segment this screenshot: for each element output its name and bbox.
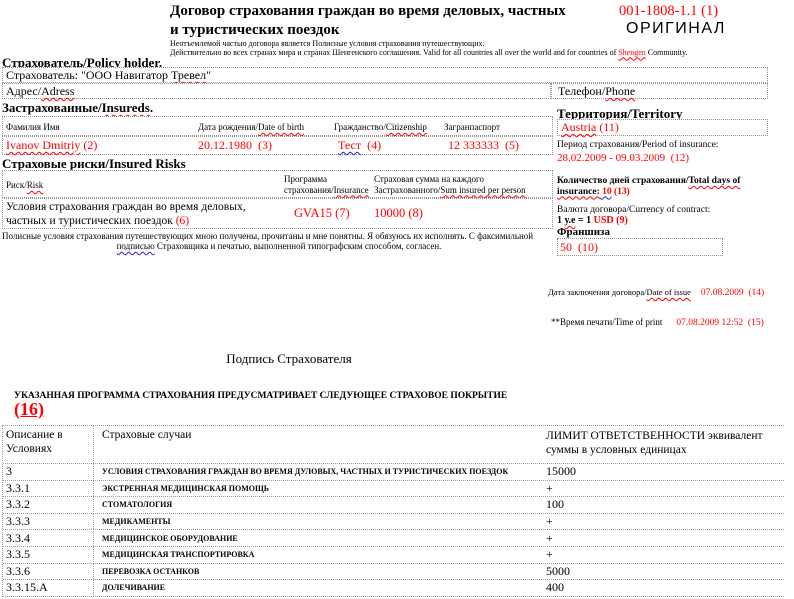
coverage-table: Описание вУсловиях Страховые случаи ЛИМИ…	[2, 425, 784, 597]
risks-col-sum-line1: Страховая сумма на каждого	[374, 174, 484, 184]
coverage-row: 3.3.3 МЕДИКАМЕНТЫ +	[3, 514, 784, 531]
issue-value: 07.08.2009 (14)	[701, 288, 764, 298]
coverage-marker: (16)	[14, 399, 44, 420]
coverage-row: 3.3.6 ПЕРЕВОЗКА ОСТАНКОВ 5000	[3, 564, 784, 581]
insureds-col-dob: Дата рождения/Date of birth	[198, 122, 304, 132]
issue-label: Дата заключения договора/Date of issue	[548, 287, 691, 297]
franchise-label: Франшиза	[557, 226, 610, 238]
insureds-heading-en: Insureds	[102, 100, 150, 115]
fine-print-line2-before: Действительно во всех странах мира и стр…	[170, 48, 618, 57]
period-label: Период страхования/Period of insurance:	[557, 140, 718, 150]
risks-col-sum: Страховая сумма на каждогоЗастрахованног…	[374, 174, 552, 195]
document-title-line1: Договор страхования граждан во время дел…	[170, 2, 630, 21]
issue-label-en: Date of issue	[646, 287, 690, 297]
address-field: Адрес/Adress	[2, 83, 551, 99]
issue-label-ru: Дата заключения договора/	[548, 287, 646, 297]
coverage-row-ref: 3.3.3	[3, 514, 94, 529]
risks-heading-ru: Страховые риски/	[2, 156, 109, 171]
coverage-header-case: Страховые случаи	[94, 426, 544, 463]
phone-label-ru: Телефон/	[558, 84, 605, 98]
risk-description: Условия страхования граждан во время дел…	[6, 200, 289, 228]
coverage-header-limit-line1: ЛИМИТ ОТВЕТСТВЕННОСТИ эквивалент	[546, 430, 763, 442]
insureds-heading-dot: .	[150, 100, 153, 115]
insured-name: Ivanov Dmitriy (2)	[6, 137, 97, 154]
coverage-row-ref: 3.3.4	[3, 531, 94, 546]
address-label-en: Adress	[41, 84, 74, 98]
insurance-contract-document: Договор страхования граждан во время дел…	[0, 0, 794, 599]
insured-passport: 12 333333 (5)	[448, 137, 519, 154]
coverage-row: 3.3.15.A ДОЛЕЧИВАНИЕ 400	[3, 580, 784, 597]
coverage-row-ref: 3.3.5	[3, 547, 94, 562]
coverage-row-limit: 5000	[544, 564, 784, 579]
insureds-heading: Застрахованные/Insureds.	[2, 100, 153, 116]
contract-number: 001-1808-1.1 (1)	[619, 3, 718, 20]
coverage-row-limit: +	[544, 514, 784, 529]
coverage-row-case: СТОМАТОЛОГИЯ	[94, 500, 544, 509]
phone-label-en: Phone	[605, 84, 635, 98]
insured-row: Ivanov Dmitriy (2) 20.12.1980 (3) Тест (…	[2, 136, 553, 155]
insureds-col-dob-ru: Дата рождения/	[198, 122, 258, 132]
insureds-col-citizenship-en: Citizenship	[386, 122, 427, 132]
coverage-row-case: МЕДИЦИНСКОЕ ОБОРУДОВАНИЕ	[94, 534, 544, 543]
insureds-col-citizenship-ru: Гражданство/	[334, 122, 386, 132]
currency-before: 1	[557, 215, 565, 226]
fine-print-shengen-word: Shengen	[618, 48, 646, 57]
fine-print-line2: Действительно во всех странах мира и стр…	[170, 49, 790, 58]
consent-line2: подписью Страховщика и печатью, выполнен…	[2, 241, 556, 251]
coverage-heading: УКАЗАННАЯ ПРОГРАММА СТРАХОВАНИЯ ПРЕДУСМА…	[14, 391, 507, 401]
insureds-col-name: Фамилия Имя	[6, 122, 60, 132]
fine-print: Неотъемлемой частью договора является По…	[170, 40, 790, 57]
days-marker: (13)	[612, 187, 630, 197]
risk-program-value: GVA15 (7)	[294, 206, 350, 221]
risk-description-marker: (6)	[176, 215, 189, 227]
coverage-row-case: МЕДИЦИНСКАЯ ТРАНСПОРТИРОВКА	[94, 550, 544, 559]
document-title: Договор страхования граждан во время дел…	[170, 2, 630, 40]
currency-mid: = 1	[575, 215, 593, 226]
period-value: 28.02.2009 - 09.03.2009 (12)	[557, 152, 689, 164]
risks-heading-en: Insured Risks	[109, 156, 186, 171]
coverage-header-limit-line2: суммы в условных единицах	[546, 444, 687, 456]
coverage-row-ref: 3.3.2	[3, 497, 94, 512]
risks-col-program-ru: Программа страхования/	[284, 174, 334, 195]
coverage-row-limit: +	[544, 481, 784, 496]
coverage-header-limit: ЛИМИТ ОТВЕТСТВЕННОСТИ эквивалентсуммы в …	[544, 426, 784, 463]
days-value: 10	[600, 187, 612, 197]
coverage-row-case: ПЕРЕВОЗКА ОСТАНКОВ	[94, 567, 544, 576]
coverage-row-limit: 400	[544, 580, 784, 595]
coverage-row-limit: +	[544, 531, 784, 546]
risks-col-risk: Риск/Risk	[6, 180, 43, 191]
time-of-print-line: **Время печати/Time of print07.08.2009 1…	[551, 317, 764, 328]
coverage-row-case: МЕДИКАМЕНТЫ	[94, 517, 544, 526]
coverage-row-ref: 3	[3, 464, 94, 479]
print-value: 07.08.2009 12:52 (15)	[676, 318, 763, 328]
fine-print-line2-after: Community.	[646, 48, 688, 57]
insureds-col-dob-en: Date of birth	[258, 122, 304, 132]
coverage-row-ref: 3.3.1	[3, 481, 94, 496]
risks-col-risk-en: Risk	[27, 180, 44, 190]
coverage-row: 3 УСЛОВИЯ СТРАХОВАНИЯ ГРАЖДАН ВО ВРЕМЯ Д…	[3, 464, 784, 481]
policy-holder-name-after: "	[206, 68, 211, 82]
risks-row: Условия страхования граждан во время дел…	[2, 198, 553, 229]
coverage-row: 3.3.1 ЭКСТРЕННАЯ МЕДИЦИНСКАЯ ПОМОЩЬ +	[3, 481, 784, 498]
coverage-row-limit: 15000	[544, 464, 784, 479]
insured-dob: 20.12.1980 (3)	[198, 137, 272, 154]
date-of-issue-line: Дата заключения договора/Date of issue07…	[548, 287, 764, 298]
insured-citizenship: Тест (4)	[338, 137, 381, 154]
print-label: **Время печати/Time of print	[551, 317, 662, 327]
insureds-col-citizenship: Гражданство/Citizenship	[334, 122, 427, 132]
risk-description-text: Условия страхования граждан во время дел…	[6, 201, 246, 227]
risks-table-header: Риск/Risk Программа страхования/Insuranc…	[2, 170, 553, 198]
policy-holder-name-field: Страхователь: "ООО Навигатор Тревел"	[2, 67, 768, 83]
consent-paragraph: Полисные условия страхования путешествую…	[2, 231, 556, 251]
insured-name-marker: (2)	[80, 138, 97, 152]
franchise-field: 50 (10)	[557, 238, 723, 256]
policyholder-signature-label: Подпись Страхователя	[0, 351, 578, 367]
insureds-col-passport: Загранпаспорт	[444, 122, 500, 132]
insured-name-value: Ivanov Dmitriy	[6, 138, 80, 152]
coverage-row: 3.3.4 МЕДИЦИНСКОЕ ОБОРУДОВАНИЕ +	[3, 530, 784, 547]
phone-field: Телефон/Phone	[551, 83, 768, 99]
coverage-row-case: УСЛОВИЯ СТРАХОВАНИЯ ГРАЖДАН ВО ВРЕМЯ ДУЛ…	[94, 467, 544, 476]
currency-unit: у.е	[565, 215, 576, 226]
currency-label: Валюта договора/Currency of contract:	[557, 205, 710, 215]
risks-col-risk-ru: Риск/	[6, 180, 27, 190]
consent-line2-rest: Страховщика и печатью, выполненной типог…	[155, 241, 442, 251]
territory-value: Austria	[561, 120, 596, 134]
original-label: ОРИГИНАЛ	[626, 20, 726, 38]
coverage-row-limit: +	[544, 547, 784, 562]
insureds-heading-ru: Застрахованные/	[2, 100, 102, 115]
days-label-en1: Total days of	[689, 176, 741, 186]
consent-signature-word: подписью	[117, 241, 155, 251]
coverage-row: 3.3.5 МЕДИЦИНСКАЯ ТРАНСПОРТИРОВКА +	[3, 547, 784, 564]
risks-col-sum-en: Sum insured per person	[440, 185, 525, 195]
days-label-en2: insurance:	[557, 187, 600, 197]
risk-sum-value: 10000 (8)	[374, 206, 423, 221]
insured-citizenship-marker: (4)	[361, 138, 381, 152]
coverage-row-case: ДОЛЕЧИВАНИЕ	[94, 583, 544, 592]
insureds-table-header: Фамилия Имя Дата рождения/Date of birth …	[2, 116, 553, 136]
document-title-line2: и туристических поездок	[170, 21, 630, 40]
coverage-row-case: ЭКСТРЕННАЯ МЕДИЦИНСКАЯ ПОМОЩЬ	[94, 484, 544, 493]
policy-holder-name-word: Тревел	[171, 68, 206, 82]
currency-value: USD (9)	[594, 215, 628, 226]
coverage-row-ref: 3.3.15.A	[3, 580, 94, 595]
policy-holder-name-before: Страхователь: "ООО Навигатор	[6, 68, 171, 82]
address-label-ru: Адрес/	[6, 84, 41, 98]
insured-citizenship-value: Тест	[338, 138, 361, 152]
coverage-row-limit: 100	[544, 497, 784, 512]
currency-rate: 1 у.е = 1 USD (9)	[557, 215, 628, 226]
coverage-header-ref-line2: Условиях	[6, 443, 52, 455]
consent-line1: Полисные условия страхования путешествую…	[2, 231, 556, 241]
days-label-ru: Количество дней страхования/	[557, 176, 689, 186]
territory-field: Austria (11)	[557, 119, 768, 136]
coverage-table-header: Описание вУсловиях Страховые случаи ЛИМИ…	[3, 426, 784, 464]
territory-marker: (11)	[596, 120, 619, 134]
risks-col-sum-ru: Застрахованного/	[374, 185, 440, 195]
coverage-row-ref: 3.3.6	[3, 564, 94, 579]
coverage-header-ref: Описание вУсловиях	[3, 426, 94, 463]
coverage-row: 3.3.2 СТОМАТОЛОГИЯ 100	[3, 497, 784, 514]
days-of-insurance: Количество дней страхования/Total days o…	[557, 176, 759, 197]
coverage-header-ref-line1: Описание в	[6, 429, 63, 441]
